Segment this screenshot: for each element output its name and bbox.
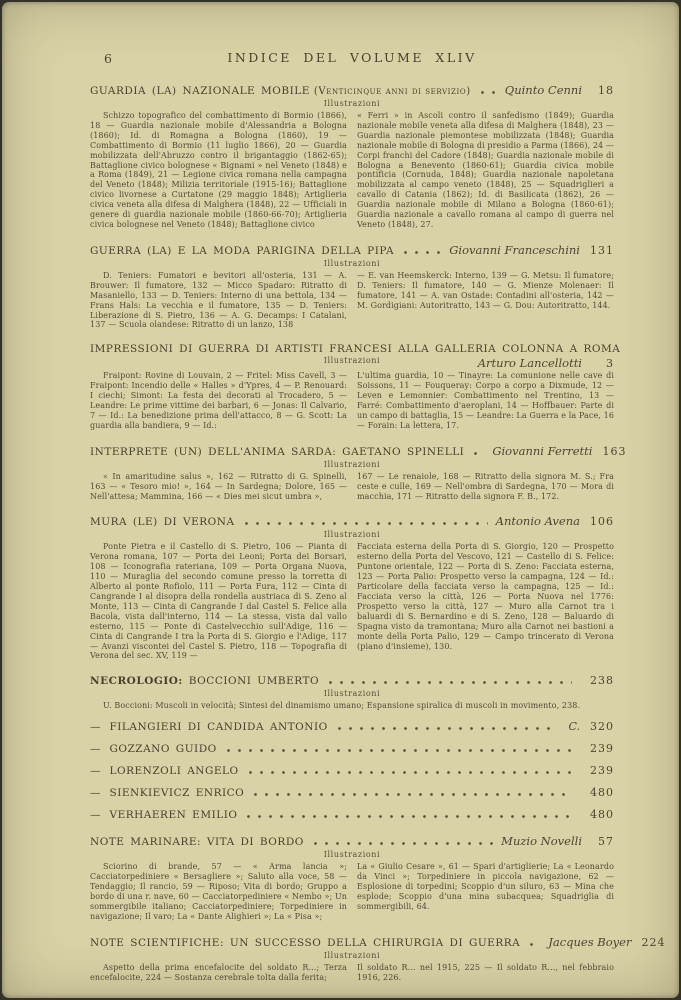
entry-page-number: 239 [590,742,614,755]
illustrations-label: Illustrazioni [90,460,614,469]
illustration-columns: Ponte Pietra e il Castello di S. Pietro,… [90,542,614,661]
illustration-list-right: 167 — Le renaiole, 168 — Ritratto della … [357,472,614,502]
entry-page-number: 131 [590,244,614,257]
illustration-list-right: L'ultima guardia, 10 — Tinayre: La comun… [357,371,614,430]
illustrations-label: Illustrazioni [90,689,614,698]
necrology-name: LORENZOLI ANGELO [110,765,239,777]
necrology-item-lorenzoli: — LORENZOLI ANGELO 239 [90,764,614,777]
necrology-item-gozzano: — GOZZANO GUIDO 239 [90,742,614,755]
entry-title: NOTE SCIENTIFICHE: UN SUCCESSO DELLA CHI… [90,937,520,949]
em-dash: — [90,809,101,821]
page-title: INDICE DEL VOLUME XLIV [90,50,614,65]
entry-page-number: 18 [592,84,614,97]
illustration-list-right: Facciata esterna della Porta di S. Giorg… [357,542,614,661]
entry-title-row: MURA (LE) DI VERONA Antonio Avena 106 [90,514,614,528]
entry-page-number: 163 [602,445,624,458]
illustration-columns: Schizzo topografico del combattimento di… [90,111,614,230]
illustration-list-right: Il soldato R... nel 1915, 225 — Il solda… [357,963,614,983]
illustration-columns: D. Teniers: Fumatori e bevitori all'oste… [90,271,614,330]
illustration-list-left: Fraipont: Rovine di Louvain, 2 — Fritel:… [90,371,347,430]
entry-page-number: 320 [590,720,614,733]
illustration-list-left: Ponte Pietra e il Castello di S. Pietro,… [90,542,347,661]
entry-title-row: NOTE SCIENTIFICHE: UN SUCCESSO DELLA CHI… [90,935,614,949]
entry-interprete-anima-sarda: INTERPRETE (UN) DELL'ANIMA SARDA: GAETAN… [90,444,614,502]
entry-title: NOTE MARINARE: VITA DI BORDO [90,836,304,848]
entry-page-number: 480 [590,786,614,799]
illustration-list-full: U. Boccioni: Muscoli in velocità; Sintes… [90,701,614,711]
entry-title-row: NECROLOGIO: BOCCIONI UMBERTO 238 [90,674,614,687]
entry-author-row: Illustrazioni Arturo Lancellotti 3 [90,356,614,370]
entry-page-number: 480 [590,808,614,821]
entry-page-number: 224 [641,936,663,949]
illustration-list-left: D. Teniers: Fumatori e bevitori all'oste… [90,271,347,330]
entry-title: IMPRESSIONI DI GUERRA DI ARTISTI FRANCES… [90,343,620,355]
entry-necrologio-boccioni: NECROLOGIO: BOCCIONI UMBERTO 238 Illustr… [90,674,614,711]
entry-page-number: 238 [590,674,614,687]
necrology-item-verhaeren: — VERHAEREN EMILIO 480 [90,808,614,821]
page-header: 6 INDICE DEL VOLUME XLIV [90,50,614,67]
dot-leader [474,452,484,455]
entry-title: GUARDIA (LA) NAZIONALE MOBILE [90,85,310,97]
entry-author: Muzio Novelli [501,834,582,848]
dot-leader [404,251,441,254]
entry-note-marinare: NOTE MARINARE: VITA DI BORDO Muzio Novel… [90,834,614,921]
dot-leader [481,91,497,94]
folio-number: 6 [104,51,112,66]
necrology-name: GOZZANO GUIDO [110,743,217,755]
illustrations-label: Illustrazioni [90,850,614,859]
entry-title: GUERRA (LA) E LA MODA PARIGINA DELLA PIP… [90,245,394,257]
illustration-columns: Aspetto della prima encefalocite del sol… [90,963,614,983]
paper-surface: 6 INDICE DEL VOLUME XLIV GUARDIA (LA) NA… [2,2,679,998]
entry-author: Quinto Cenni [505,83,582,97]
entry-page-number: 239 [590,764,614,777]
entry-guerra-moda-pipa: GUERRA (LA) E LA MODA PARIGINA DELLA PIP… [90,243,614,330]
entry-author: Jacques Boyer [548,935,631,949]
entry-title-lead: NECROLOGIO: [90,675,183,687]
dot-leader [314,842,493,845]
page-content: 6 INDICE DEL VOLUME XLIV GUARDIA (LA) NA… [90,2,614,983]
necrology-item-sienkievicz: — SIENKIEVICZ ENRICO 480 [90,786,614,799]
em-dash: — [90,765,101,777]
illustration-list-right: — E. van Heemskerck: Interno, 139 — G. M… [357,271,614,330]
page-prefix: C. [568,720,580,733]
illustration-columns: Sciorino di brande, 57 — « Arma lancia »… [90,862,614,921]
scanned-page: 6 INDICE DEL VOLUME XLIV GUARDIA (LA) NA… [0,0,681,1000]
necrology-name: VERHAEREN EMILIO [110,809,238,821]
dot-leader [227,749,572,752]
illustrations-label: Illustrazioni [90,951,614,960]
entry-note-scientifiche: NOTE SCIENTIFICHE: UN SUCCESSO DELLA CHI… [90,935,614,983]
dot-leader [249,771,572,774]
entry-title-row: NOTE MARINARE: VITA DI BORDO Muzio Novel… [90,834,614,848]
dot-leader [245,522,488,525]
necrology-name: SIENKIEVICZ ENRICO [110,787,245,799]
illustration-columns: Fraipont: Rovine di Louvain, 2 — Fritel:… [90,371,614,430]
dot-leader [329,681,572,684]
entry-page-number: 106 [590,515,614,528]
entry-impressioni-guerra: IMPRESSIONI DI GUERRA DI ARTISTI FRANCES… [90,343,614,430]
illustration-list-right: « Ferri » in Ascoli contro il sanfedismo… [357,111,614,230]
entry-title: INTERPRETE (UN) DELL'ANIMA SARDA: GAETAN… [90,446,464,458]
dot-leader [254,793,572,796]
illustration-list-left: Sciorino di brande, 57 — « Arma lancia »… [90,862,347,921]
dot-leader [338,727,551,730]
entry-author: Giovanni Franceschini [449,243,580,257]
illustration-columns: « In amaritudine salus », 162 — Ritratto… [90,472,614,502]
illustrations-label: Illustrazioni [90,259,614,268]
entry-title-row: INTERPRETE (UN) DELL'ANIMA SARDA: GAETAN… [90,444,614,458]
dot-leader [247,815,572,818]
entry-page-number: 57 [592,835,614,848]
entry-title-row: GUERRA (LA) E LA MODA PARIGINA DELLA PIP… [90,243,614,257]
illustrations-label: Illustrazioni [90,530,614,539]
illustrations-label: Illustrazioni [90,99,614,108]
entry-mura-di-verona: MURA (LE) DI VERONA Antonio Avena 106 Il… [90,514,614,661]
em-dash: — [90,721,101,733]
necrology-list: — FILANGIERI DI CANDIDA ANTONIO C. 320 —… [90,720,614,821]
entry-title-row: GUARDIA (LA) NAZIONALE MOBILE (Venticinq… [90,83,614,97]
em-dash: — [90,787,101,799]
entry-title: BOCCIONI UMBERTO [189,675,319,687]
dot-leader [530,943,540,946]
entry-title-subtitle: (Venticinque anni di servizio) [314,86,471,97]
illustrations-label: Illustrazioni [90,356,614,365]
entry-author: Giovanni Ferretti [492,444,592,458]
entry-title-row: IMPRESSIONI DI GUERRA DI ARTISTI FRANCES… [90,343,614,355]
necrology-name: FILANGIERI DI CANDIDA ANTONIO [110,721,328,733]
illustration-list-left: « In amaritudine salus », 162 — Ritratto… [90,472,347,502]
entry-author: Antonio Avena [496,514,580,528]
illustration-list-left: Schizzo topografico del combattimento di… [90,111,347,230]
entry-guardia-nazionale-mobile: GUARDIA (LA) NAZIONALE MOBILE (Venticinq… [90,83,614,230]
illustration-list-left: Aspetto della prima encefalocite del sol… [90,963,347,983]
necrology-item-filangieri: — FILANGIERI DI CANDIDA ANTONIO C. 320 [90,720,614,733]
entry-title: MURA (LE) DI VERONA [90,516,235,528]
illustration-list-right: La « Giulio Cesare », 61 — Spari d'artig… [357,862,614,921]
em-dash: — [90,743,101,755]
